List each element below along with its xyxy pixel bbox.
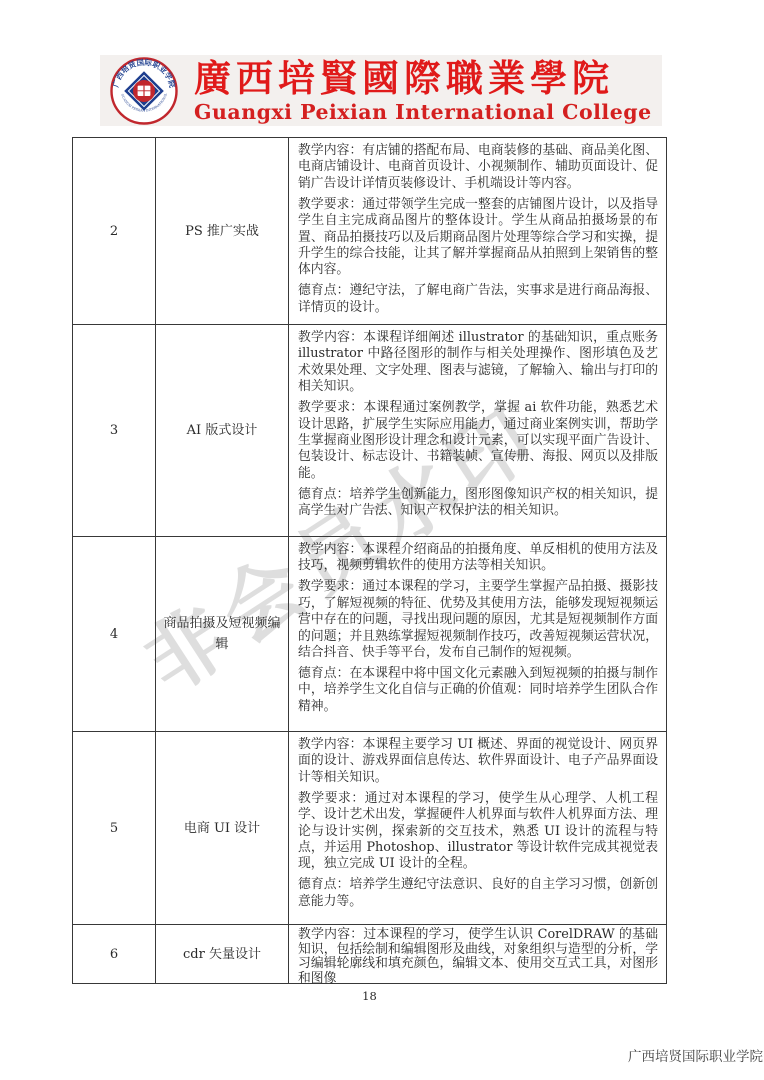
course-description-cell: 教学内容：过本课程的学习，使学生认识 CorelDRAW 的基础知识，包括绘制和… xyxy=(288,925,666,983)
course-name-cell: cdr 矢量设计 xyxy=(155,925,288,983)
moral-education-paragraph: 德育点：培养学生遵纪守法意识、良好的自主学习习惯，创新创意能力等。 xyxy=(298,877,658,910)
course-number-cell: 3 xyxy=(73,325,155,536)
course-name-cell: AI 版式设计 xyxy=(155,325,288,536)
course-number-cell: 4 xyxy=(73,537,155,731)
teaching-content-paragraph: 教学内容：本课程主要学习 UI 概述、界面的视觉设计、网页界面的设计、游戏界面信… xyxy=(298,737,658,786)
viewer-college-label: 广西培贤国际职业学院 xyxy=(628,1045,763,1065)
college-seal-icon: 广西培贤国际职业学院 GUANGXI PEIXIAN INTERNATIONAL… xyxy=(110,57,178,125)
course-number-cell: 2 xyxy=(73,138,155,324)
moral-education-paragraph: 德育点：遵纪守法，了解电商广告法，实事求是进行商品海报、详情页的设计。 xyxy=(298,283,658,316)
course-description-cell: 教学内容：本课程主要学习 UI 概述、界面的视觉设计、网页界面的设计、游戏界面信… xyxy=(288,732,666,924)
course-description-cell: 教学内容：本课程介绍商品的拍摄角度、单反相机的使用方法及技巧，视频剪辑软件的使用… xyxy=(288,537,666,731)
moral-education-paragraph: 德育点：培养学生创新能力，图形图像知识产权的相关知识，提高学生对广告法、知识产权… xyxy=(298,487,658,520)
course-number-cell: 5 xyxy=(73,732,155,924)
document-page: 非会员水印 广西培贤国际职业学院 GUANGXI PEIXIAN INTERNA… xyxy=(0,0,764,1080)
teaching-content-paragraph: 教学内容：本课程介绍商品的拍摄角度、单反相机的使用方法及技巧，视频剪辑软件的使用… xyxy=(298,542,658,575)
teaching-requirement-paragraph: 教学要求：通过本课程的学习，主要学生掌握产品拍摄、摄影技巧，了解短视频的特征、优… xyxy=(298,579,658,661)
course-name-cell: PS 推广实战 xyxy=(155,138,288,324)
teaching-requirement-paragraph: 教学要求：通过对本课程的学习，使学生从心理学、人机工程学、设计艺术出发，掌握硬件… xyxy=(298,791,658,873)
course-name-cell: 电商 UI 设计 xyxy=(155,732,288,924)
table-row: 2 PS 推广实战 教学内容：有店铺的搭配布局、电商装修的基础、商品美化图、电商… xyxy=(73,138,666,324)
teaching-requirement-paragraph: 教学要求：通过带领学生完成一整套的店铺图片设计，以及指导学生自主完成商品图片的整… xyxy=(298,197,658,279)
teaching-requirement-paragraph: 教学要求：本课程通过案例教学，掌握 ai 软件功能，熟悉艺术设计思路，扩展学生实… xyxy=(298,400,658,482)
college-title-english: Guangxi Peixian International College xyxy=(194,100,652,124)
teaching-content-paragraph: 教学内容：有店铺的搭配布局、电商装修的基础、商品美化图、电商店铺设计、电商首页设… xyxy=(298,143,658,192)
table-row: 3 AI 版式设计 教学内容：本课程详细阐述 illustrator 的基础知识… xyxy=(73,324,666,536)
page-number: 18 xyxy=(72,989,667,1003)
course-name-cell: 商品拍摄及短视频编辑 xyxy=(155,537,288,731)
course-description-cell: 教学内容：有店铺的搭配布局、电商装修的基础、商品美化图、电商店铺设计、电商首页设… xyxy=(288,138,666,324)
teaching-content-paragraph: 教学内容：本课程详细阐述 illustrator 的基础知识，重点账务 illu… xyxy=(298,330,658,396)
course-number-cell: 6 xyxy=(73,925,155,983)
course-description-cell: 教学内容：本课程详细阐述 illustrator 的基础知识，重点账务 illu… xyxy=(288,325,666,536)
course-table: 2 PS 推广实战 教学内容：有店铺的搭配布局、电商装修的基础、商品美化图、电商… xyxy=(72,137,667,984)
college-header: 广西培贤国际职业学院 GUANGXI PEIXIAN INTERNATIONAL… xyxy=(100,55,662,126)
table-row: 4 商品拍摄及短视频编辑 教学内容：本课程介绍商品的拍摄角度、单反相机的使用方法… xyxy=(73,536,666,731)
college-title-chinese: 廣西培賢國際職業學院 xyxy=(194,57,652,100)
moral-education-paragraph: 德育点：在本课程中将中国文化元素融入到短视频的拍摄与制作中，培养学生文化自信与正… xyxy=(298,666,658,715)
table-row: 5 电商 UI 设计 教学内容：本课程主要学习 UI 概述、界面的视觉设计、网页… xyxy=(73,731,666,924)
teaching-content-paragraph: 教学内容：过本课程的学习，使学生认识 CorelDRAW 的基础知识，包括绘制和… xyxy=(298,928,658,983)
college-titles: 廣西培賢國際職業學院 Guangxi Peixian International… xyxy=(194,57,652,124)
college-logo-icon: 广西培贤国际职业学院 GUANGXI PEIXIAN INTERNATIONAL… xyxy=(110,57,178,125)
table-row: 6 cdr 矢量设计 教学内容：过本课程的学习，使学生认识 CorelDRAW … xyxy=(73,924,666,983)
